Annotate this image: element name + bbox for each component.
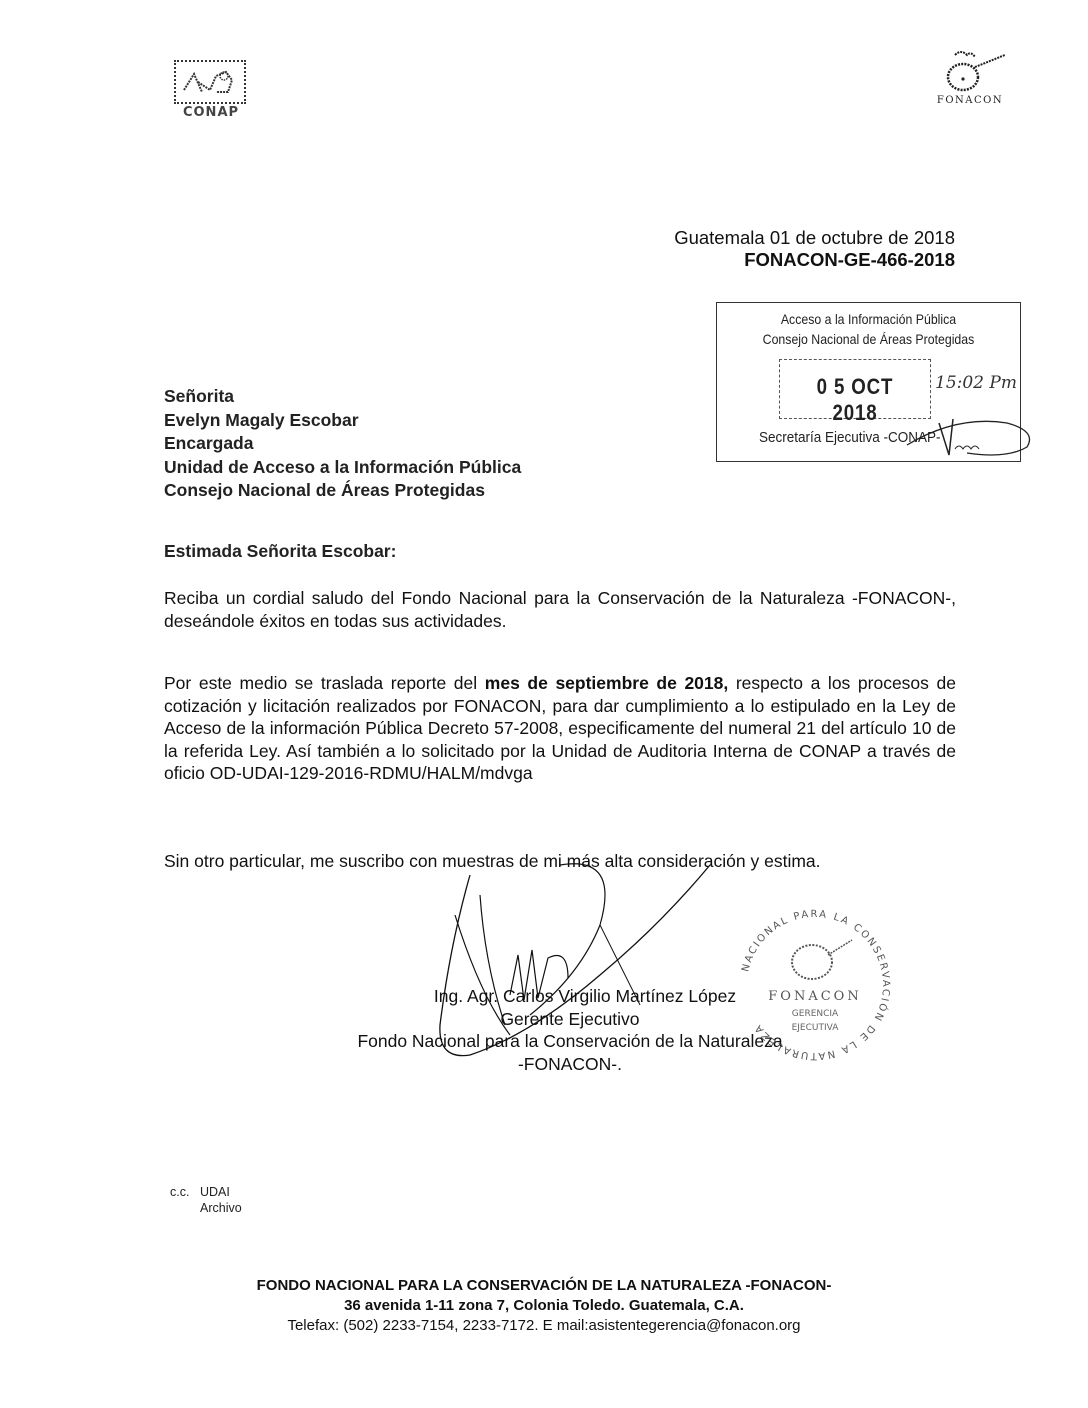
footer-contact: Telefax: (502) 2233-7154, 2233-7172. E m… — [0, 1316, 1088, 1336]
addressee-title: Señorita — [164, 385, 521, 409]
svg-text:GERENCIA: GERENCIA — [792, 1009, 839, 1019]
letterhead-footer: FONDO NACIONAL PARA LA CONSERVACIÓN DE L… — [0, 1276, 1088, 1336]
initials-mark-icon — [897, 415, 1037, 460]
stamp-time-handwritten: 15:02 Pm — [935, 373, 1017, 393]
salutation: Estimada Señorita Escobar: — [164, 541, 396, 562]
footer-organization: FONDO NACIONAL PARA LA CONSERVACIÓN DE L… — [0, 1276, 1088, 1296]
cc-label: c.c. — [170, 1184, 200, 1200]
addressee-unit: Unidad de Acceso a la Información Públic… — [164, 456, 521, 480]
stamp-line-2: Consejo Nacional de Áreas Protegidas — [735, 331, 1002, 347]
stamp-line-1: Acceso a la Información Pública — [735, 311, 1002, 327]
svg-text:EJECUTIVA: EJECUTIVA — [792, 1023, 840, 1033]
reception-stamp: Acceso a la Información Pública Consejo … — [716, 302, 1021, 462]
seal-icon: NACIONAL PARA LA CONSERVACIÓN DE LA NATU… — [730, 900, 900, 1070]
stamp-date-box: 0 5 OCT 2018 — [779, 359, 931, 419]
fonacon-logo: FONACON — [925, 45, 1015, 113]
body-paragraph-1: Reciba un cordial saludo del Fondo Nacio… — [164, 587, 956, 632]
reference-number: FONACON-GE-466-2018 — [744, 249, 955, 271]
cc-item: UDAI — [200, 1185, 230, 1199]
svg-text:FONACON: FONACON — [768, 989, 861, 1004]
svg-text:NACIONAL PARA LA CONSERVACIÓN: NACIONAL PARA LA CONSERVACIÓN DE LA NATU… — [740, 909, 891, 1061]
paragraph-2-intro: Por este medio se traslada reporte del — [164, 673, 485, 693]
conap-logo: CONAP — [172, 60, 250, 122]
paragraph-2-period: mes de septiembre de 2018, — [485, 673, 728, 693]
fonacon-logo-label: FONACON — [925, 95, 1015, 106]
place-date: Guatemala 01 de octubre de 2018 — [674, 227, 955, 249]
footer-address: 36 avenida 1-11 zona 7, Colonia Toledo. … — [0, 1296, 1088, 1316]
conap-logo-icon — [174, 60, 246, 104]
addressee-position: Encargada — [164, 432, 521, 456]
conap-logo-label: CONAP — [172, 105, 250, 120]
fonacon-official-seal: NACIONAL PARA LA CONSERVACIÓN DE LA NATU… — [730, 900, 900, 1070]
body-paragraph-2: Por este medio se traslada reporte del m… — [164, 672, 956, 785]
carbon-copy: c.c.UDAI Archivo — [170, 1184, 242, 1216]
addressee-name: Evelyn Magaly Escobar — [164, 409, 521, 433]
addressee-block: Señorita Evelyn Magaly Escobar Encargada… — [164, 385, 521, 503]
cc-item: Archivo — [170, 1200, 242, 1216]
addressee-institution: Consejo Nacional de Áreas Protegidas — [164, 479, 521, 503]
fonacon-logo-icon — [925, 45, 1015, 95]
